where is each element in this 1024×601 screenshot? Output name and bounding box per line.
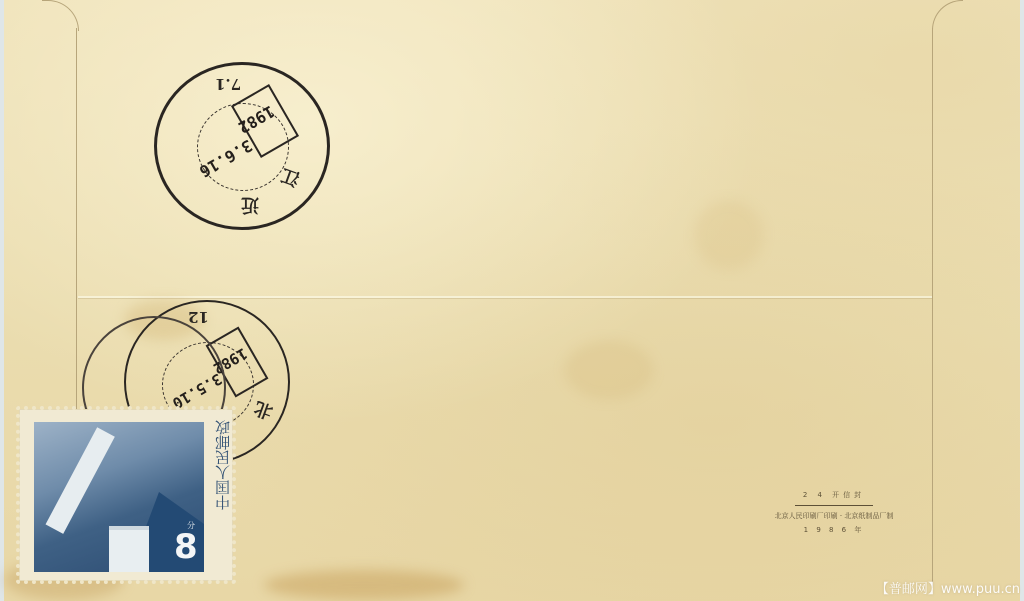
- printer-imprint: 2 4 开信封 北京人民印刷厂印刷 · 北京纸制品厂制 1 9 8 6 年: [744, 490, 924, 535]
- stamp-value: 8: [174, 530, 198, 564]
- right-flap-curve: [932, 0, 963, 31]
- left-flap-curve: [42, 0, 79, 31]
- envelope-back: 7.1 1982 3.6.16 近 江 12 1982 3.5.10 北 分 8: [4, 0, 1020, 601]
- stain: [264, 570, 464, 600]
- envelope-size: 2 4 开信封: [744, 490, 924, 500]
- right-flap-edge: [932, 28, 933, 588]
- bottom-flap-fold: [78, 296, 932, 298]
- imprint-rule: [795, 505, 873, 506]
- site-watermark: 【普邮网】www.puu.cn: [876, 578, 1020, 597]
- stamp-country: 中国人民邮政: [208, 420, 224, 510]
- great-wall-icon: 分 8: [34, 422, 204, 572]
- postmark-place: 北: [250, 396, 276, 427]
- postmark-arrival: 7.1 1982 3.6.16 近 江: [154, 62, 330, 230]
- postmark-place: 近: [241, 193, 259, 219]
- stain: [564, 340, 654, 400]
- envelope-year: 1 9 8 6 年: [744, 525, 924, 535]
- envelope-photo: 7.1 1982 3.6.16 近 江 12 1982 3.5.10 北 分 8: [0, 0, 1024, 601]
- postage-stamp: 分 8 中国人民邮政: [20, 410, 232, 580]
- postmark-code: 12: [188, 308, 209, 326]
- envelope-maker: 北京人民印刷厂印刷 · 北京纸制品厂制: [744, 511, 924, 521]
- postmark-code: 7.1: [215, 75, 241, 93]
- stain: [694, 200, 764, 270]
